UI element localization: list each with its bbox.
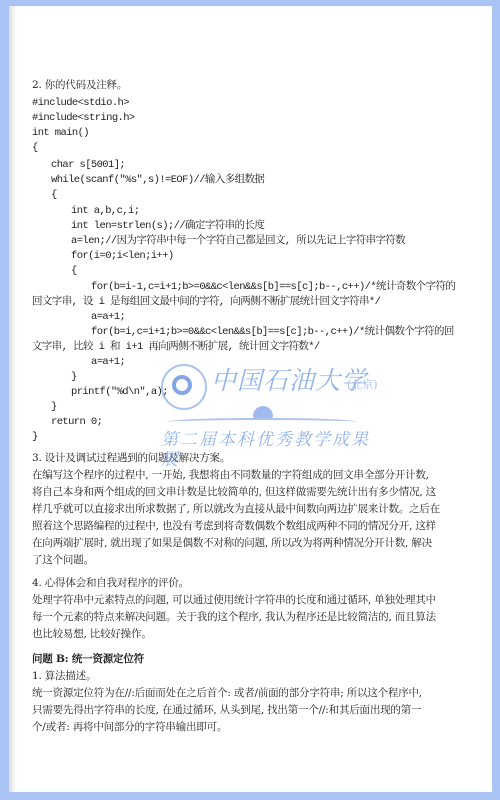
code-line: int len=strlen(s);//确定字符串的长度 — [71, 219, 264, 233]
section-2-heading: 2. 你的代码及注释。 — [32, 78, 127, 92]
university-watermark: 中国石油大学 (北京) 第二届本科优秀教学成果展 — [157, 362, 387, 452]
swoosh-ornament-icon — [167, 418, 357, 426]
paragraph-line: 只需要先得出字符串的长度, 在通过循环, 从头到尾, 找出第一个//:和其后面出… — [32, 703, 421, 717]
code-line: 回文字串, 设 i 是每组回文最中间的字符, 向两侧不断扩展统计回文字符串*/ — [32, 295, 380, 309]
document-content: 2. 你的代码及注释。 #include<stdio.h> #include<s… — [9, 6, 492, 792]
code-line: printf("%d\n",a); — [71, 385, 168, 399]
code-line: } — [71, 370, 77, 384]
section-4-heading: 4. 心得体会和自我对程序的评价。 — [32, 576, 189, 590]
code-line: { — [32, 141, 38, 155]
paragraph-line: 在编写这个程序的过程中, 一开始, 我想将由不同数量的字符组成的回文串全部分开计… — [32, 468, 429, 482]
paragraph-line: 统一资源定位符为在//:后面而处在之后首个: 或者/前面的部分字符串; 所以这个… — [32, 686, 422, 700]
paragraph-line: 样几乎就可以直接求出所求数据了, 所以就改为直接从最中间数向两边扩展来计数。之后… — [32, 502, 440, 516]
code-line: { — [51, 188, 57, 202]
paragraph-line: 将自己本身和两个组成的回文串计数是比较简单的, 但这样做需要先统计出有多少情况,… — [32, 485, 436, 499]
code-line: while(scanf("%s",s)!=EOF)//输入多组数据 — [51, 173, 264, 187]
paragraph-line: 处理字符串中元素特点的问题, 可以通过使用统计字符串的长度和通过循环, 单独处理… — [32, 593, 436, 607]
code-line: char s[5001]; — [51, 158, 125, 172]
watermark-title: 中国石油大学 — [211, 366, 367, 396]
code-line: a=a+1; — [91, 310, 125, 324]
code-line: for(b=i-1,c=i+1;b>=0&&c<len&&s[b]==s[c];… — [91, 280, 455, 294]
fan-ornament-icon — [253, 406, 273, 418]
section-3-heading: 3. 设计及调试过程遇到的问题及解决方案。 — [32, 451, 230, 465]
code-line: for(i=0;i<len;i++) — [71, 249, 174, 263]
watermark-subtitle: (北京) — [347, 376, 378, 392]
code-line: #include<stdio.h> — [32, 96, 129, 110]
code-line: } — [51, 400, 57, 414]
code-line: return 0; — [51, 415, 102, 429]
paragraph-line: 个/或者: 再将中间部分的字符串输出即可。 — [32, 720, 227, 734]
code-line: 文字串, 比较 i 和 i+1 再向两侧不断扩展, 统计回文字符数*/ — [32, 340, 320, 354]
code-line: int a,b,c,i; — [71, 204, 139, 218]
code-line: a=a+1; — [91, 355, 125, 369]
code-line: a=len;//因为字符串中每一个字符自己都是回文, 所以先记上字符串字符数 — [71, 234, 405, 248]
paragraph-line: 每一个元素的特点来解决问题。关于我的这个程序, 我认为程序还是比较简洁的, 而且… — [32, 610, 436, 624]
problem-b-subheading: 1. 算法描述。 — [32, 669, 96, 683]
document-page: 2. 你的代码及注释。 #include<stdio.h> #include<s… — [9, 6, 492, 792]
paragraph-line: 也比较易想, 比较好操作。 — [32, 627, 152, 641]
code-line: for(b=i,c=i+1;b>=0&&c<len&&s[b]==s[c];b-… — [91, 325, 454, 339]
paragraph-line: 照着这个思路编程的过程中, 也没有考虑到将奇数偶数个数组成两种不同的情况分开, … — [32, 519, 436, 533]
code-line: { — [71, 264, 77, 278]
paragraph-line: 了这个问题。 — [32, 553, 94, 567]
problem-b-title: 问题 B: 统一资源定位符 — [32, 652, 144, 666]
paragraph-line: 在向两端扩展时, 就出现了如果是偶数不对称的问题, 所以改为将两种情况分开计数,… — [32, 536, 432, 550]
code-line: } — [32, 430, 38, 444]
code-line: #include<string.h> — [32, 111, 135, 125]
code-line: int main() — [32, 126, 89, 140]
